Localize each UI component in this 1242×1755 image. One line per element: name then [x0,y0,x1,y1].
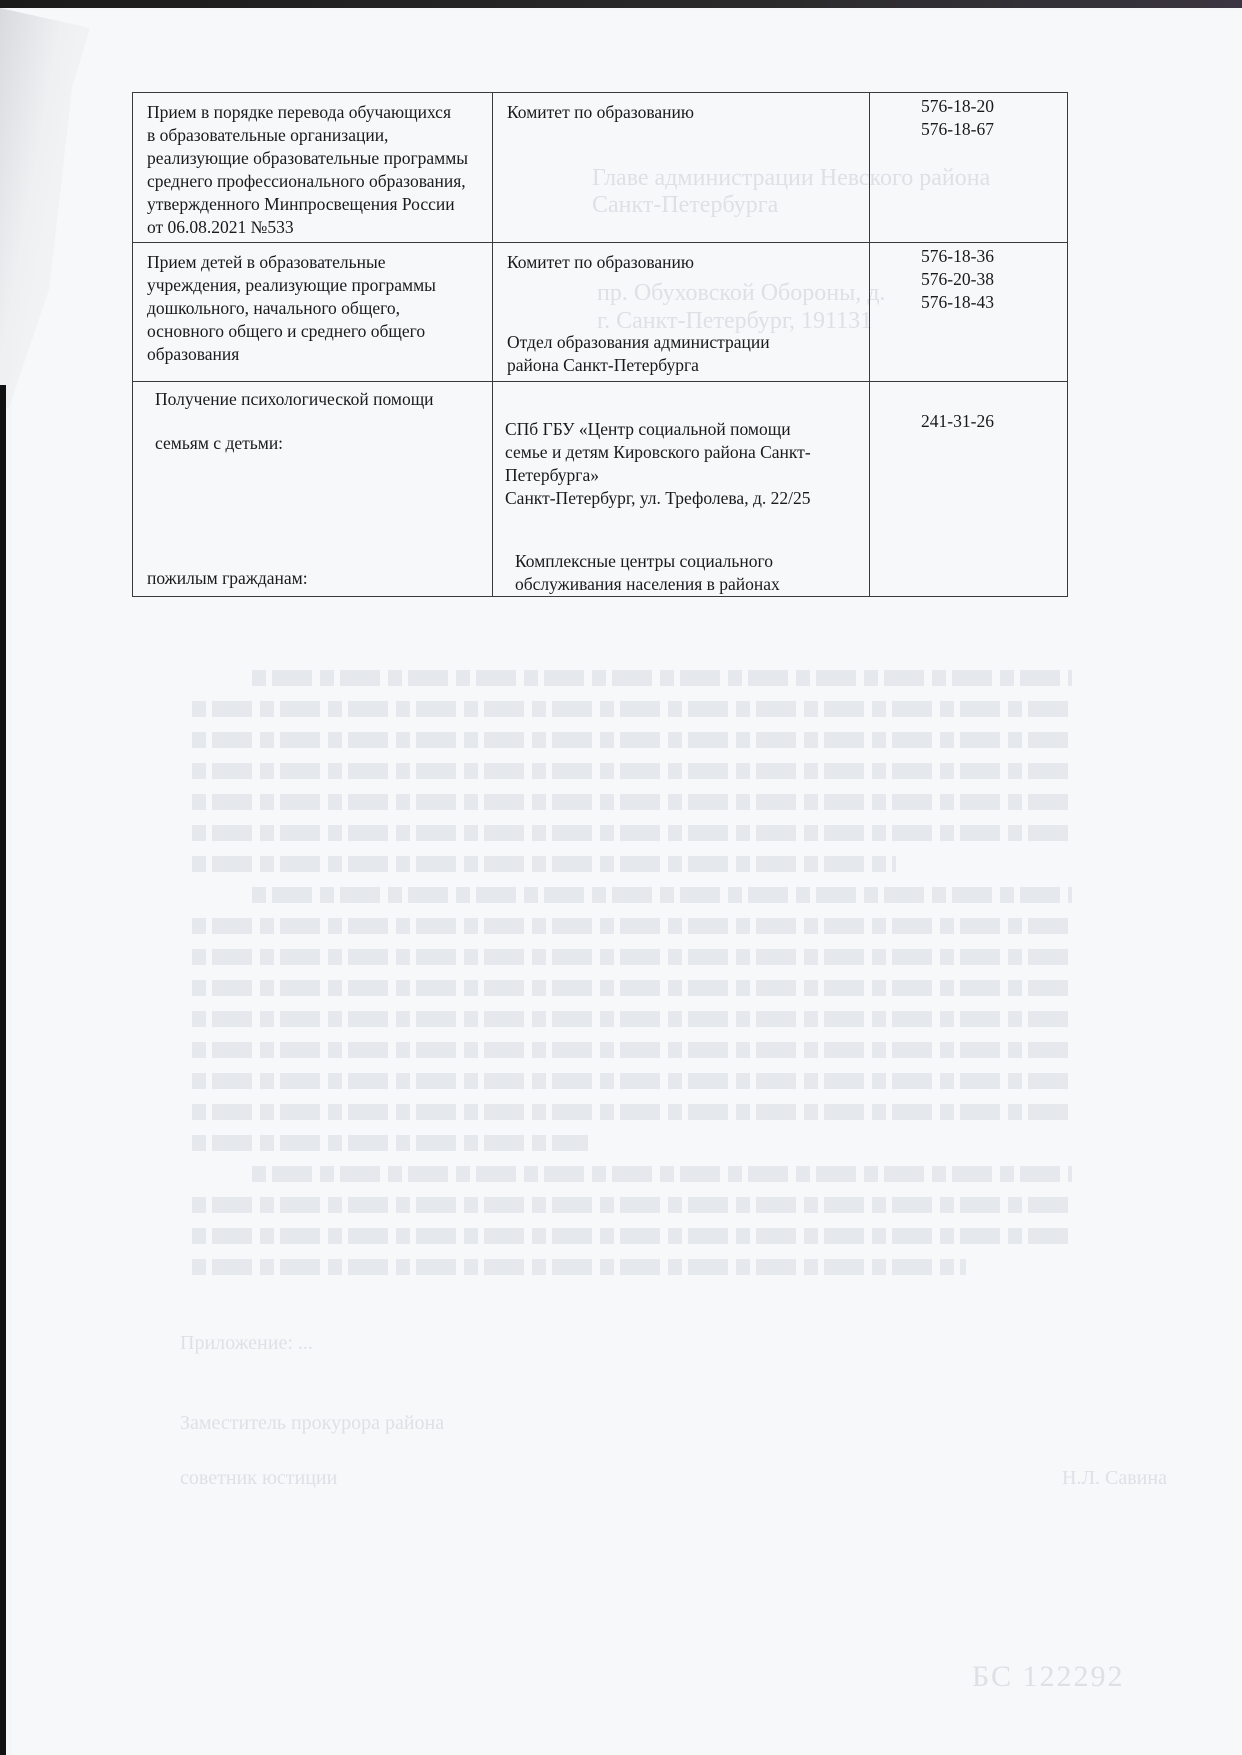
organization-name: Комитет по образованию [507,101,857,124]
phone-number: 576-18-43 [870,291,1045,314]
bleed-through-body [192,655,1072,1290]
bleed-through-signatory-name: Н.Л. Савина [1062,1467,1167,1490]
phone-number: 241-31-26 [870,410,1045,433]
organization-name-secondary: Отдел образования администрации района С… [507,331,861,377]
organization-cell: Комитет по образованию [493,93,869,242]
organization-cell: СПб ГБУ «Центр социальной помощи семье и… [493,382,869,596]
organization-name: СПб ГБУ «Центр социальной помощи семье и… [505,418,863,510]
service-heading: Получение психологической помощи [155,388,434,411]
scan-top-edge [0,0,1242,8]
phone-cell: 576-18-20 576-18-67 [870,93,1067,230]
phone-number: 576-18-36 [870,245,1045,268]
phone-number: 576-20-38 [870,268,1045,291]
phone-cell: 241-31-26 [870,382,1067,584]
bleed-through-attachment: Приложение: ... [180,1332,313,1355]
sub-service-label: семьям с детьми: [155,432,283,455]
table-row: Прием в порядке перевода обучающихся в о… [133,93,1068,243]
organization-name: Комплексные центры социального обслужива… [515,550,863,596]
service-cell: Прием детей в образовательные учреждения… [133,243,492,381]
bleed-through-signatory-rank: советник юстиции [180,1467,337,1490]
phone-number: 576-18-20 [870,95,1045,118]
bleed-through-serial: БС 122292 [972,1660,1125,1694]
table-row: Получение психологической помощи семьям … [133,382,1068,597]
phone-cell: 576-18-36 576-20-38 576-18-43 [870,243,1067,369]
scan-left-edge [0,385,6,1755]
sub-service-label: пожилым гражданам: [147,567,308,590]
organization-name: Комитет по образованию [507,251,857,274]
table-row: Прием детей в образовательные учреждения… [133,243,1068,382]
services-contact-table: Прием в порядке перевода обучающихся в о… [132,92,1068,597]
service-cell: Прием в порядке перевода обучающихся в о… [133,93,492,242]
organization-cell: Комитет по образованию Отдел образования… [493,243,869,381]
phone-number: 576-18-67 [870,118,1045,141]
bleed-through-signatory-title: Заместитель прокурора района [180,1412,444,1435]
service-cell: Получение психологической помощи семьям … [133,382,492,596]
document-page: Главе администрации Невского района Санк… [12,10,1242,1755]
